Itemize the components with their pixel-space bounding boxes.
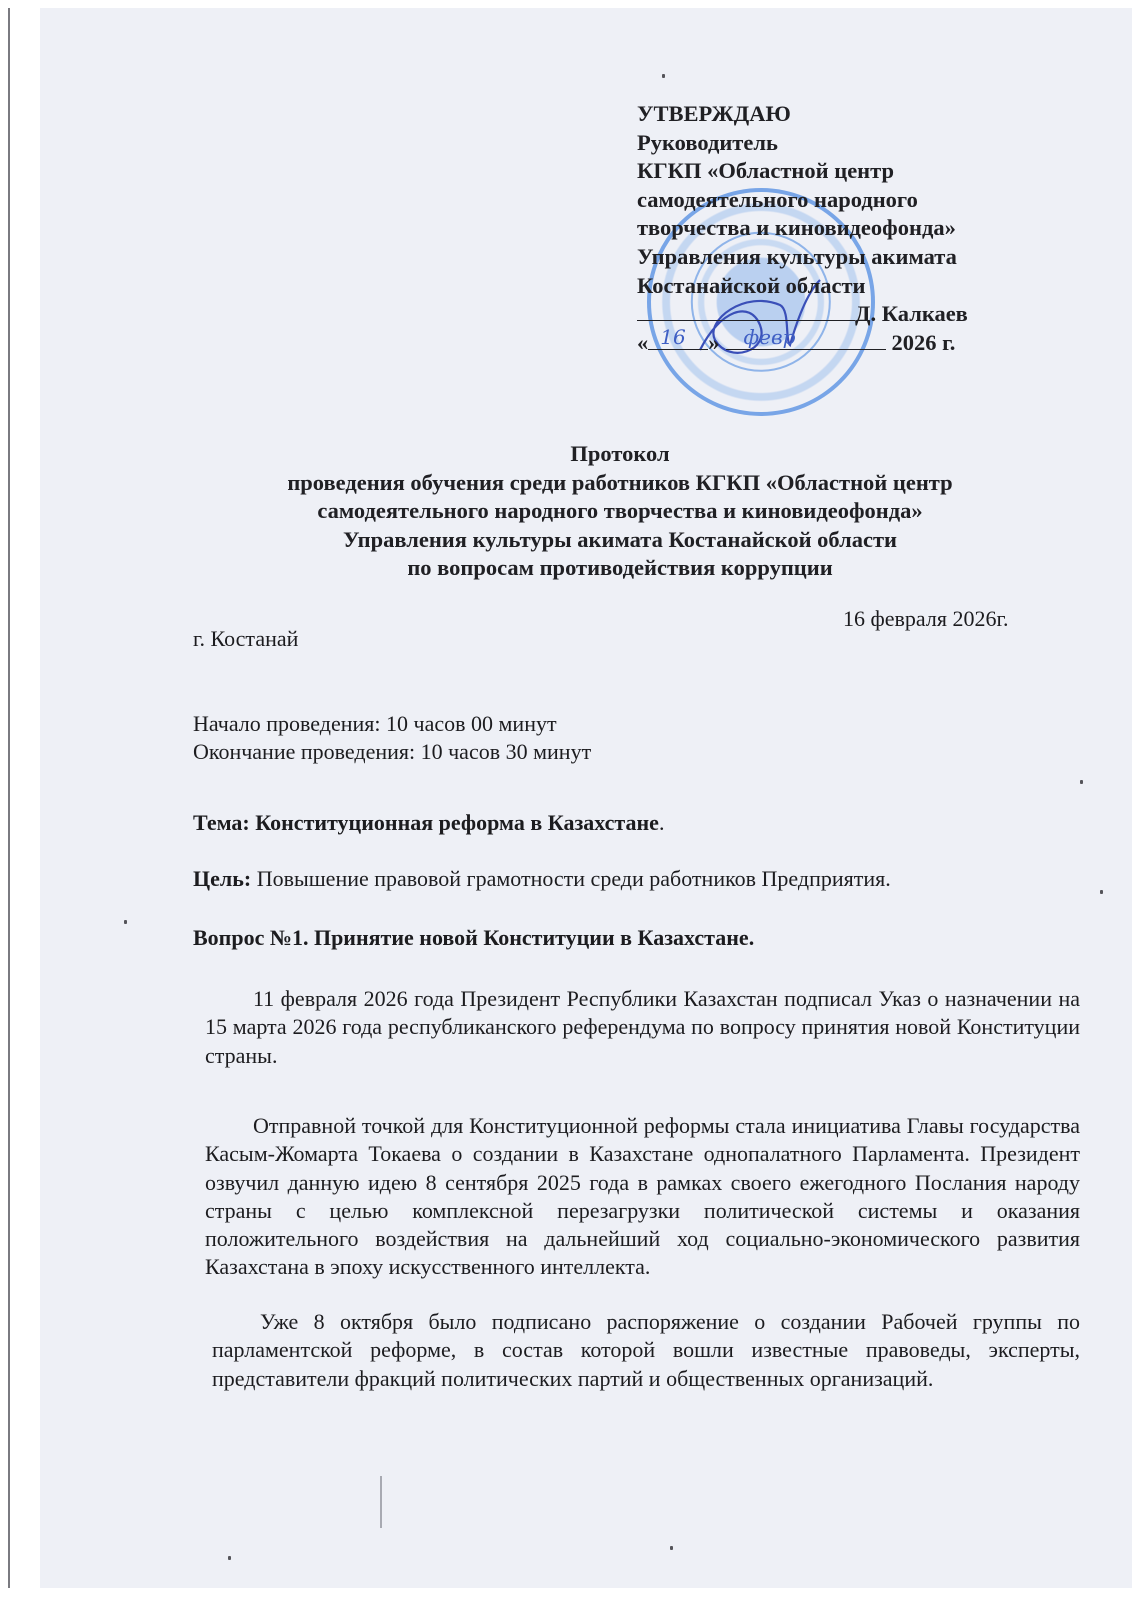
goal-line: Цель: Повышение правовой грамотности сре…	[193, 866, 891, 892]
approval-date-row: « 16 » февр 2026 г.	[637, 329, 1057, 358]
approval-line: Руководитель	[637, 129, 1057, 158]
protocol-subtitle-line: по вопросам противодействия коррупции	[190, 554, 1050, 583]
protocol-title: Протокол	[190, 440, 1050, 469]
approval-line: Костанайской области	[637, 272, 1057, 301]
protocol-subtitle-line: Управления культуры акимата Костанайской…	[190, 526, 1050, 555]
body-paragraph: 11 февраля 2026 года Президент Республик…	[205, 985, 1080, 1070]
goal-label: Цель:	[193, 866, 251, 891]
protocol-subtitle-line: проведения обучения среди работников КГК…	[190, 469, 1050, 498]
topic-text: Конституционная реформа в Казахстане	[250, 810, 659, 835]
scan-speck	[228, 1556, 231, 1560]
approval-line: КГКП «Областной центр	[637, 157, 1057, 186]
approval-line: самодеятельного народного	[637, 186, 1057, 215]
start-time: Начало проведения: 10 часов 00 минут	[193, 710, 591, 738]
handwritten-month: февр	[744, 323, 796, 352]
date-day-blank: 16	[648, 329, 708, 350]
approval-line: творчества и киновидеофонда»	[637, 214, 1057, 243]
protocol-date: 16 февраля 2026г.	[843, 606, 1009, 632]
scan-edge-line	[8, 8, 10, 1588]
scan-speck	[1100, 890, 1103, 894]
protocol-subtitle-line: самодеятельного народного творчества и к…	[190, 497, 1050, 526]
signatory-name: Д. Калкаев	[855, 300, 968, 329]
signature-row: Д. Калкаев	[637, 300, 1057, 329]
approval-block: УТВЕРЖДАЮ Руководитель КГКП «Областной ц…	[637, 100, 1057, 357]
goal-text: Повышение правовой грамотности среди раб…	[251, 866, 891, 891]
topic-label: Тема:	[193, 810, 250, 835]
end-time: Окончание проведения: 10 часов 30 минут	[193, 738, 591, 766]
date-close-quote: »	[708, 329, 719, 358]
protocol-title-block: Протокол проведения обучения среди работ…	[190, 440, 1050, 583]
scan-speck	[124, 920, 127, 924]
date-year: 2026 г.	[892, 329, 956, 358]
scan-speck	[662, 74, 665, 78]
signature-blank	[637, 300, 855, 321]
topic-line: Тема: Конституционная реформа в Казахста…	[193, 810, 664, 836]
meeting-times: Начало проведения: 10 часов 00 минут Око…	[193, 710, 591, 766]
date-open-quote: «	[637, 329, 648, 358]
body-paragraph: Отправной точкой для Конституционной реф…	[205, 1112, 1080, 1282]
date-month-blank: февр	[726, 329, 886, 350]
scan-speck	[670, 1546, 673, 1550]
handwritten-day: 16	[660, 323, 685, 352]
body-paragraph: Уже 8 октября было подписано распоряжени…	[212, 1308, 1080, 1393]
scan-speck	[1080, 780, 1083, 784]
paper-crease	[380, 1476, 382, 1528]
question-heading: Вопрос №1. Принятие новой Конституции в …	[193, 925, 754, 951]
approval-line: Управления культуры акимата	[637, 243, 1057, 272]
topic-period: .	[659, 810, 665, 835]
protocol-place: г. Костанай	[193, 626, 298, 652]
approval-heading: УТВЕРЖДАЮ	[637, 100, 1057, 129]
